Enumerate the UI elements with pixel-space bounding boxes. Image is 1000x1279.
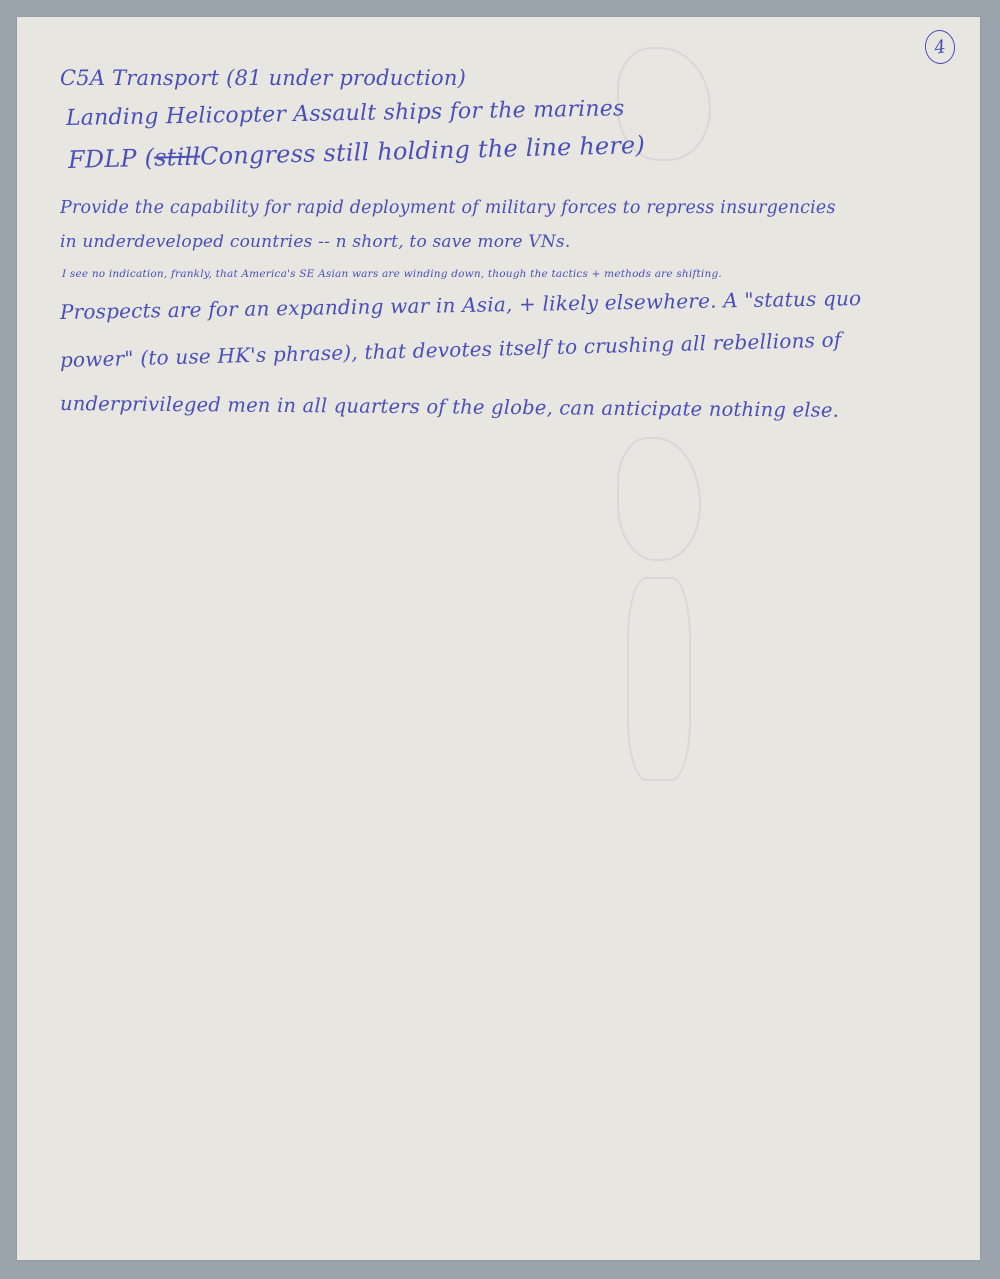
bleed-through-mark	[617, 437, 701, 561]
handwritten-line-4: Provide the capability for rapid deploym…	[60, 198, 836, 218]
handwritten-line-1: C5A Transport (81 under production)	[60, 66, 466, 90]
line-3-prefix: FDLP (	[68, 144, 155, 174]
struck-word: still	[154, 143, 201, 172]
handwritten-line-6: I see no indication, frankly, that Ameri…	[62, 268, 722, 280]
handwritten-line-5: in underdeveloped countries -- n short, …	[60, 232, 570, 252]
bleed-through-mark	[627, 577, 691, 781]
